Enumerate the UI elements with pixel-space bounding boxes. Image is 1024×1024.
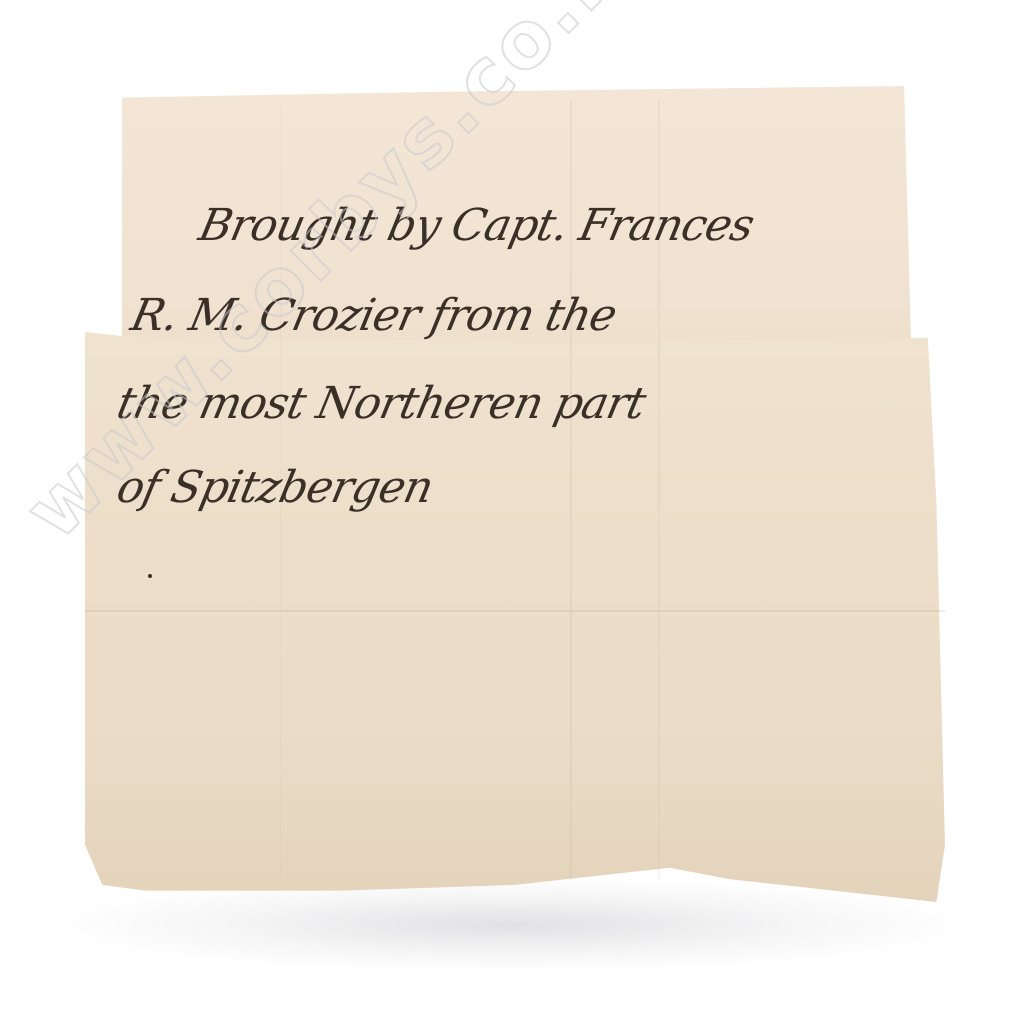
document-shadow [70, 880, 950, 970]
photo-stage: Brought by Capt. Frances R. M. Crozier f… [0, 0, 1024, 1024]
paper-fold-line [85, 610, 945, 612]
handwritten-line: of Spitzbergen [113, 462, 438, 513]
ink-dot [148, 574, 152, 578]
